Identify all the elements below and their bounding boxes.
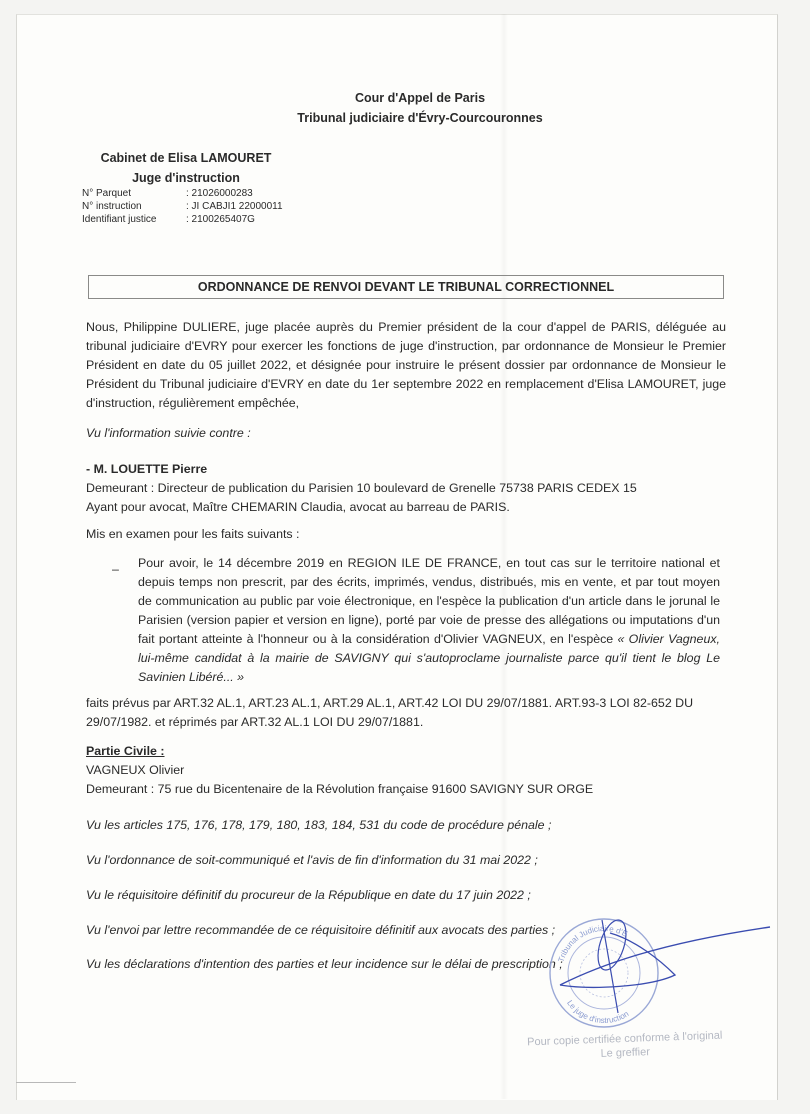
information-heading: Vu l'information suivie contre : (86, 424, 726, 443)
document-title: ORDONNANCE DE RENVOI DEVANT LE TRIBUNAL … (88, 275, 724, 299)
charges-heading: Mis en examen pour les faits suivants : (86, 525, 726, 544)
defendant-name: - M. LOUETTE Pierre (86, 460, 726, 479)
charge-text: Pour avoir, le 14 décembre 2019 en REGIO… (138, 554, 720, 687)
reference-value: : JI CABJI1 22000011 (186, 200, 283, 213)
cabinet-name: Cabinet de Elisa LAMOURET (96, 148, 276, 168)
bullet-dash: – (112, 560, 119, 579)
reference-row: N° Parquet : 21026000283 (82, 187, 283, 200)
consideration-item: Vu le réquisitoire définitif du procureu… (86, 886, 726, 905)
intro-paragraph: Nous, Philippine DULIERE, juge placée au… (86, 318, 726, 413)
cabinet-role: Juge d'instruction (96, 168, 276, 188)
reference-value: : 21026000283 (186, 187, 253, 200)
consideration-item: Vu les articles 175, 176, 178, 179, 180,… (86, 816, 726, 835)
reference-row: N° instruction : JI CABJI1 22000011 (82, 200, 283, 213)
court-name: Cour d'Appel de Paris (0, 88, 810, 108)
reference-row: Identifiant justice : 2100265407G (82, 213, 283, 226)
case-references: N° Parquet : 21026000283 N° instruction … (82, 187, 283, 226)
cabinet-header: Cabinet de Elisa LAMOURET Juge d'instruc… (96, 148, 276, 188)
civil-party-address: Demeurant : 75 rue du Bicentenaire de la… (86, 780, 726, 799)
civil-party-name: VAGNEUX Olivier (86, 761, 726, 780)
reference-label: Identifiant justice (82, 213, 186, 226)
defendant-block: - M. LOUETTE Pierre Demeurant : Directeu… (86, 460, 726, 517)
reference-label: N° instruction (82, 200, 186, 213)
tribunal-name: Tribunal judiciaire d'Évry-Courcouronnes (0, 108, 810, 128)
footer-rule (16, 1082, 76, 1083)
reference-label: N° Parquet (82, 187, 186, 200)
consideration-item: Vu l'ordonnance de soit-communiqué et l'… (86, 851, 726, 870)
reference-value: : 2100265407G (186, 213, 255, 226)
defendant-address: Demeurant : Directeur de publication du … (86, 479, 726, 498)
civil-party-heading: Partie Civile : (86, 742, 726, 761)
civil-party-block: Partie Civile : VAGNEUX Olivier Demeuran… (86, 742, 726, 799)
signature-icon (540, 905, 780, 1015)
court-header: Cour d'Appel de Paris Tribunal judiciair… (0, 88, 810, 128)
legal-basis: faits prévus par ART.32 AL.1, ART.23 AL.… (86, 694, 726, 732)
defendant-lawyer: Ayant pour avocat, Maître CHEMARIN Claud… (86, 498, 726, 517)
